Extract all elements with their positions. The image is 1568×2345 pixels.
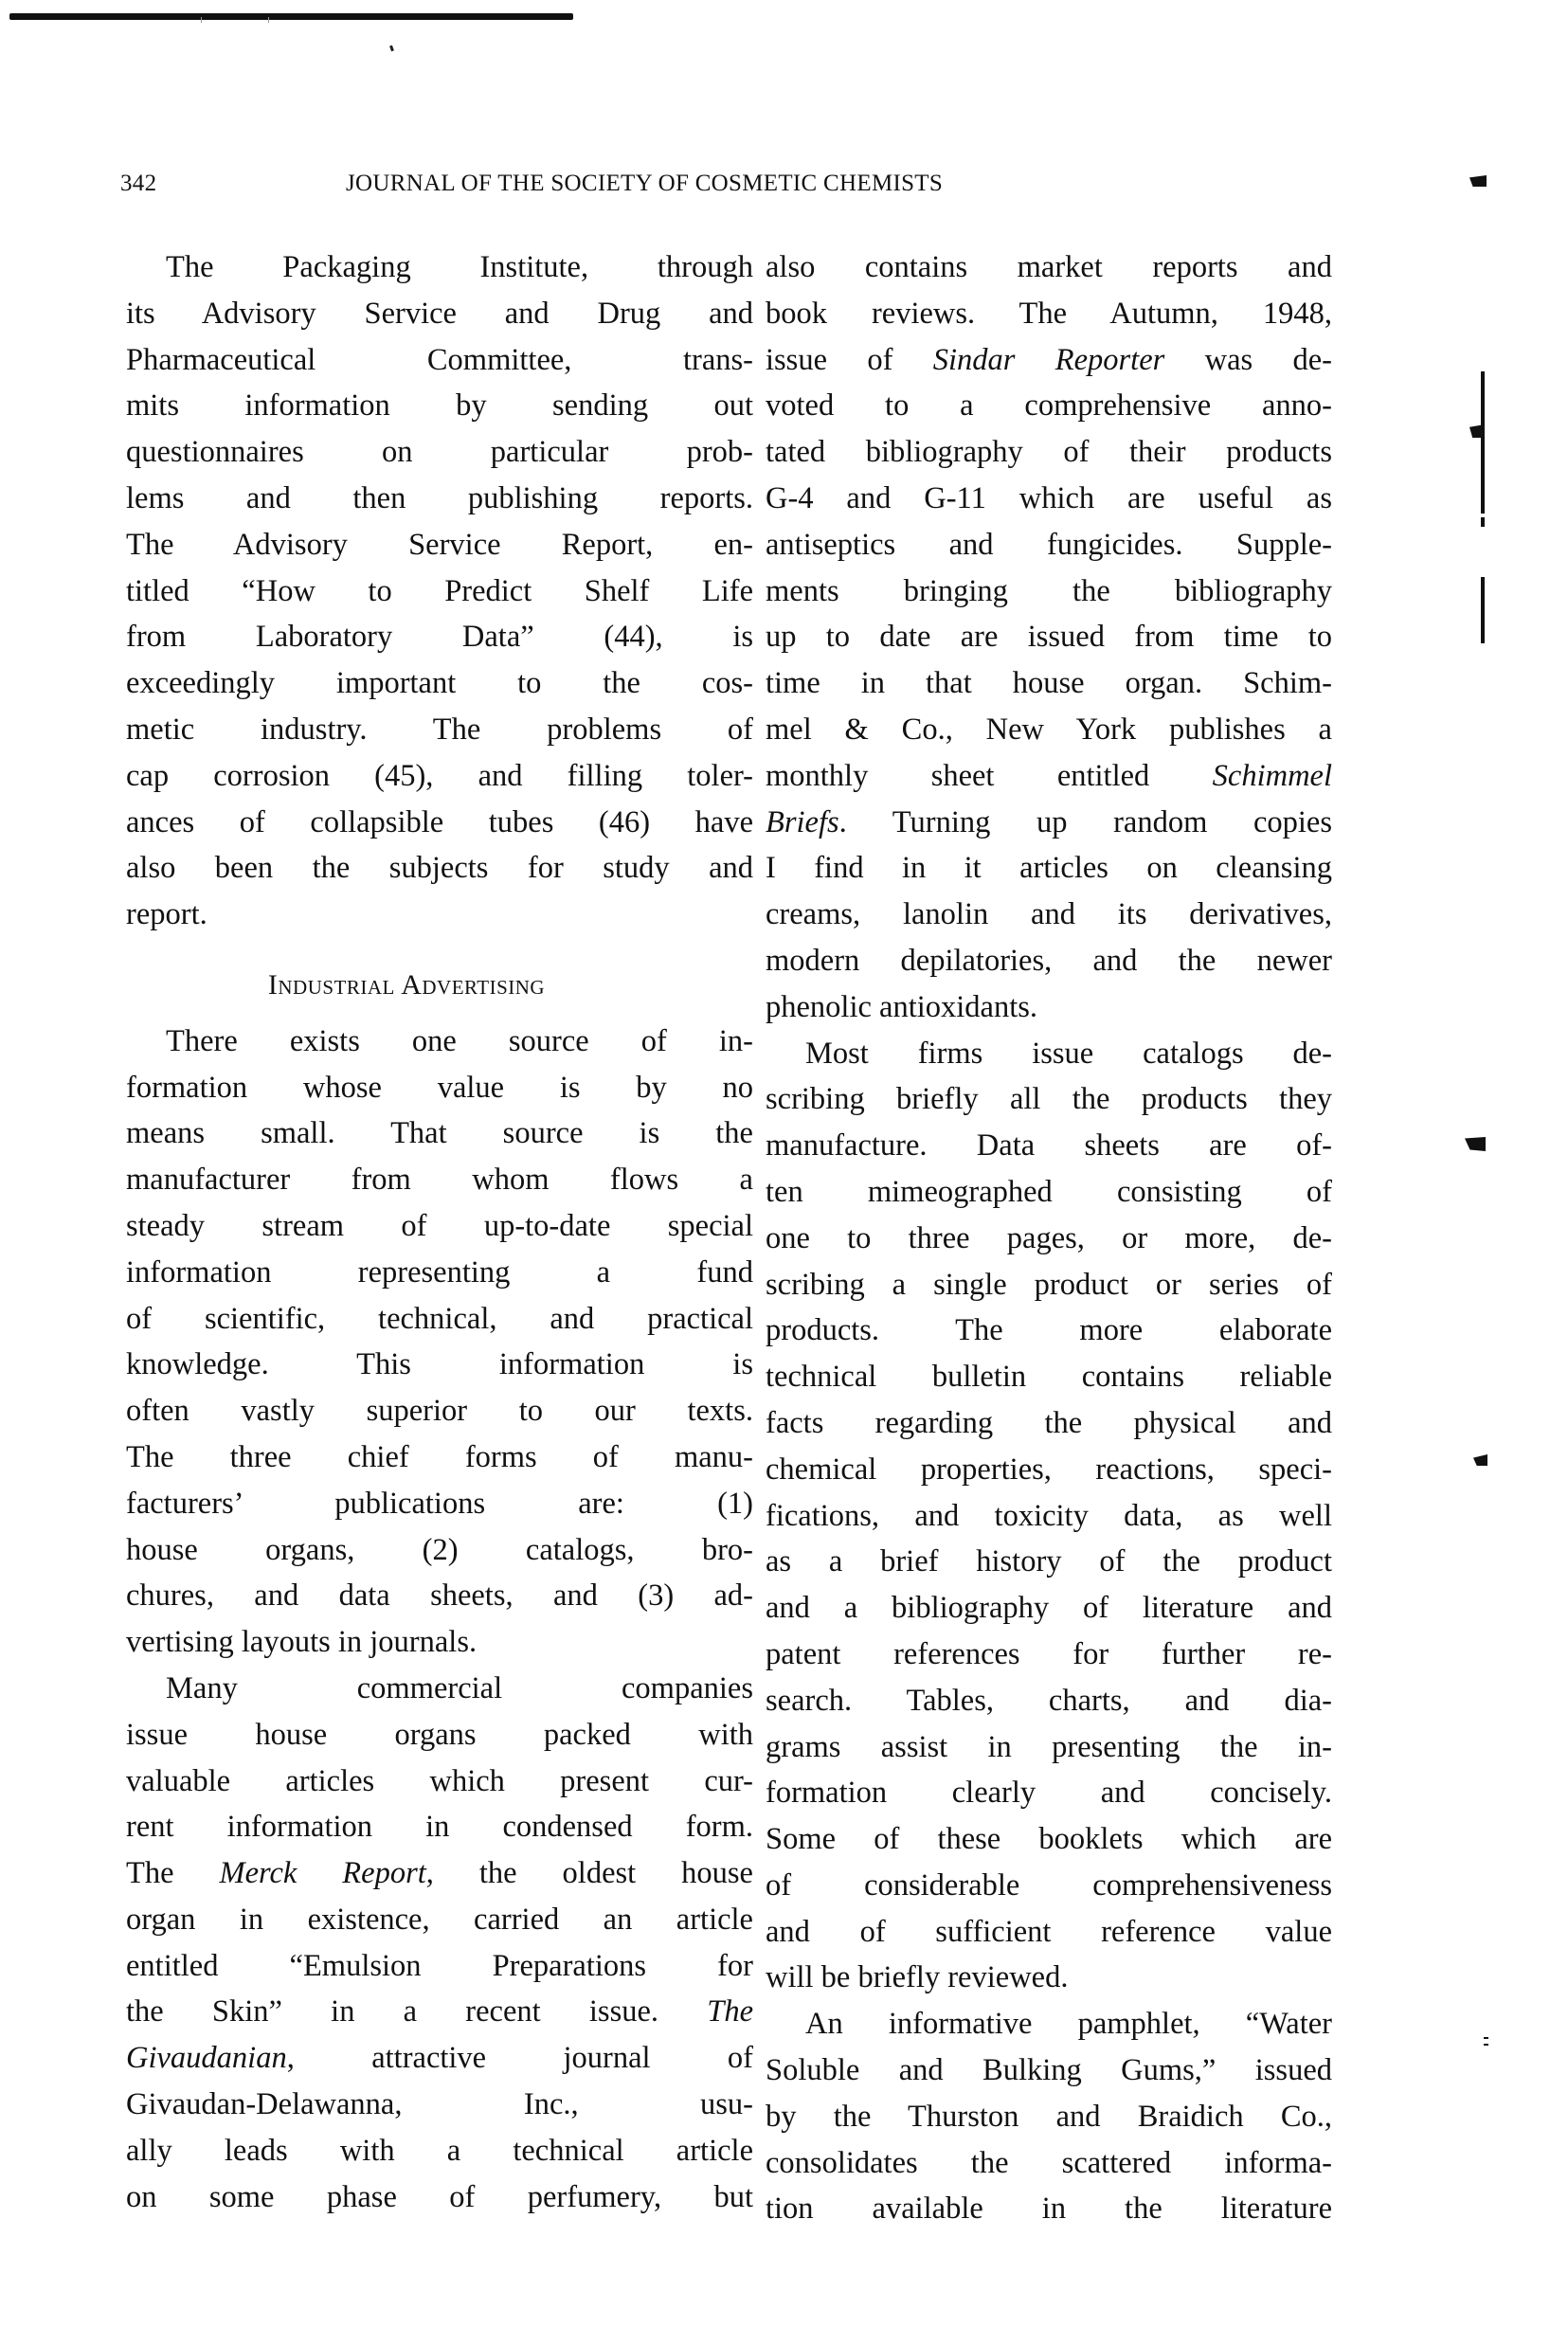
text-line: from Laboratory Data” (44), is [126,614,753,660]
paragraph-continued-house-organs: also contains market reports and book re… [766,244,1332,1031]
scan-tick-mark [268,17,269,23]
text-line: monthly sheet entitled Schimmel [766,753,1332,800]
text-run: , the oldest house [426,1856,753,1890]
text-line: tion available in the literature [766,2186,1332,2232]
text-line: Givaudan-Delawanna, Inc., usu- [126,2082,753,2128]
text-line: patent references for further re- [766,1632,1332,1678]
text-line: ments bringing the bibliography [766,568,1332,615]
text-line: The Packaging Institute, through [126,244,753,291]
text-line: The Merck Report, the oldest house [126,1850,753,1897]
text-run: was de- [1164,343,1332,377]
margin-scan-line [1481,371,1485,514]
publication-title-sindar-reporter: Sindar Reporter [933,343,1165,377]
text-line: issue of Sindar Reporter was de- [766,337,1332,384]
text-line: G-4 and G-11 which are useful as [766,476,1332,522]
text-line: scribing a single product or series of [766,1262,1332,1308]
section-heading-industrial-advertising: Industrial Advertising [126,963,753,1009]
text-line: means small. That source is the [126,1110,753,1157]
publication-title-schimmel-briefs: Briefs [766,805,839,839]
running-head: 342 JOURNAL OF THE SOCIETY OF COSMETIC C… [120,171,1352,199]
text-line: chemical properties, reactions, speci- [766,1447,1332,1493]
text-line: Pharmaceutical Committee, trans- [126,337,753,384]
text-line: rent information in condensed form. [126,1804,753,1850]
text-line: mel & Co., New York publishes a [766,707,1332,753]
text-line: steady stream of up-to-date special [126,1203,753,1250]
text-line: Givaudanian, attractive journal of [126,2035,753,2082]
text-line: vertising layouts in journals. [126,1619,753,1666]
text-line: the Skin” in a recent issue. The [126,1989,753,2035]
text-line: technical bulletin contains reliable [766,1354,1332,1400]
text-line: also been the subjects for study and [126,845,753,892]
margin-scan-speck [1484,2037,1488,2039]
text-line: An informative pamphlet, “Water [766,2001,1332,2047]
text-line: on some phase of perfumery, but [126,2174,753,2221]
text-line: The Advisory Service Report, en- [126,522,753,568]
text-line: metic industry. The problems of [126,707,753,753]
text-line: search. Tables, charts, and dia- [766,1678,1332,1724]
text-line: and a bibliography of literature and [766,1585,1332,1632]
text-line: mits information by sending out [126,383,753,429]
text-line: will be briefly reviewed. [766,1955,1332,2001]
text-line: phenolic antioxidants. [766,984,1332,1031]
paragraph-house-organs: Many commercial companies issue house or… [126,1666,753,2221]
text-line: chures, and data sheets, and (3) ad- [126,1573,753,1619]
margin-scan-mark [1469,175,1487,187]
text-line: Soluble and Bulking Gums,” issued [766,2047,1332,2094]
margin-scan-mark [1465,1137,1486,1151]
publication-title-schimmel-briefs-part: Schimmel [1213,759,1332,793]
text-line: Some of these booklets which are [766,1816,1332,1863]
text-line: I find in it articles on cleansing [766,845,1332,892]
publication-title-merck-report: Merck Report [220,1856,426,1890]
text-line: questionnaires on particular prob- [126,429,753,476]
text-line: voted to a comprehensive anno- [766,383,1332,429]
right-column: also contains market reports and book re… [766,244,1332,2232]
margin-scan-line [1481,577,1485,643]
text-line: time in that house organ. Schim- [766,660,1332,707]
left-column: The Packaging Institute, through its Adv… [126,244,753,2220]
paragraph-water-soluble-gums: An informative pamphlet, “Water Soluble … [766,2001,1332,2232]
text-line: ances of collapsible tubes (46) have [126,800,753,846]
text-line: formation whose value is by no [126,1065,753,1111]
text-line: one to three pages, or more, de- [766,1216,1332,1262]
journal-title: JOURNAL OF THE SOCIETY OF COSMETIC CHEMI… [346,171,943,197]
text-line: formation clearly and concisely. [766,1770,1332,1816]
text-line: products. The more elaborate [766,1308,1332,1354]
margin-scan-mark [1469,424,1485,438]
text-line: and of sufficient reference value [766,1909,1332,1956]
text-line: scribing briefly all the products they [766,1076,1332,1123]
scan-speck [389,45,394,52]
paragraph-catalogs-data-sheets: Most firms issue catalogs de- scribing b… [766,1031,1332,2002]
text-line: cap corrosion (45), and filling toler- [126,753,753,800]
text-line: facturers’ publications are: (1) [126,1481,753,1527]
text-run: , attractive journal of [287,2041,753,2075]
text-line: book reviews. The Autumn, 1948, [766,291,1332,337]
text-line: as a brief history of the product [766,1539,1332,1585]
text-line: facts regarding the physical and [766,1400,1332,1447]
text-line: its Advisory Service and Drug and [126,291,753,337]
text-line: information representing a fund [126,1250,753,1296]
text-line: manufacturer from whom flows a [126,1157,753,1203]
paragraph-source-of-information: There exists one source of in- formation… [126,1019,753,1666]
page-number: 342 [120,171,156,197]
text-line: The three chief forms of manu- [126,1434,753,1481]
text-line: ten mimeographed consisting of [766,1169,1332,1216]
text-line: ally leads with a technical article [126,2128,753,2174]
text-line: creams, lanolin and its derivatives, [766,892,1332,938]
text-line: up to date are issued from time to [766,614,1332,660]
text-line: modern depilatories, and the newer [766,938,1332,984]
text-run: issue of [766,343,933,377]
text-line: knowledge. This information is [126,1342,753,1388]
text-line: Briefs. Turning up random copies [766,800,1332,846]
text-line: report. [126,892,753,938]
text-line: issue house organs packed with [126,1712,753,1759]
text-line: also contains market reports and [766,244,1332,291]
text-line: consolidates the scattered informa- [766,2140,1332,2187]
text-run: the Skin” in a recent issue. [126,1994,707,2029]
text-line: often vastly superior to our texts. [126,1388,753,1434]
text-line: lems and then publishing reports. [126,476,753,522]
top-rule-artifact [9,13,573,20]
text-run: . Turning up random copies [839,805,1332,839]
margin-scan-speck [1484,2044,1488,2046]
publication-title-givaudanian: Givaudanian [126,2041,287,2075]
text-run: The [126,1856,220,1890]
text-line: entitled “Emulsion Preparations for [126,1943,753,1990]
margin-scan-mark [1473,1454,1487,1466]
text-line: Most firms issue catalogs de- [766,1031,1332,1077]
text-line: tated bibliography of their products [766,429,1332,476]
text-line: exceedingly important to the cos- [126,660,753,707]
text-line: fications, and toxicity data, as well [766,1493,1332,1540]
paragraph-packaging-institute: The Packaging Institute, through its Adv… [126,244,753,938]
text-line: house organs, (2) catalogs, bro- [126,1527,753,1574]
text-line: valuable articles which present cur- [126,1759,753,1805]
text-line: manufacture. Data sheets are of- [766,1123,1332,1169]
text-line: There exists one source of in- [126,1019,753,1065]
scan-tick-mark [201,17,202,23]
text-run: monthly sheet entitled [766,759,1213,793]
text-line: by the Thurston and Braidich Co., [766,2094,1332,2140]
text-line: of considerable comprehensiveness [766,1863,1332,1909]
text-line: antiseptics and fungicides. Supple- [766,522,1332,568]
text-line: of scientific, technical, and practical [126,1296,753,1343]
text-line: grams assist in presenting the in- [766,1724,1332,1771]
margin-scan-line [1481,517,1485,527]
publication-title-givaudanian-part: The [707,1994,753,2029]
text-line: Many commercial companies [126,1666,753,1712]
text-line: titled “How to Predict Shelf Life [126,568,753,615]
text-line: organ in existence, carried an article [126,1897,753,1943]
